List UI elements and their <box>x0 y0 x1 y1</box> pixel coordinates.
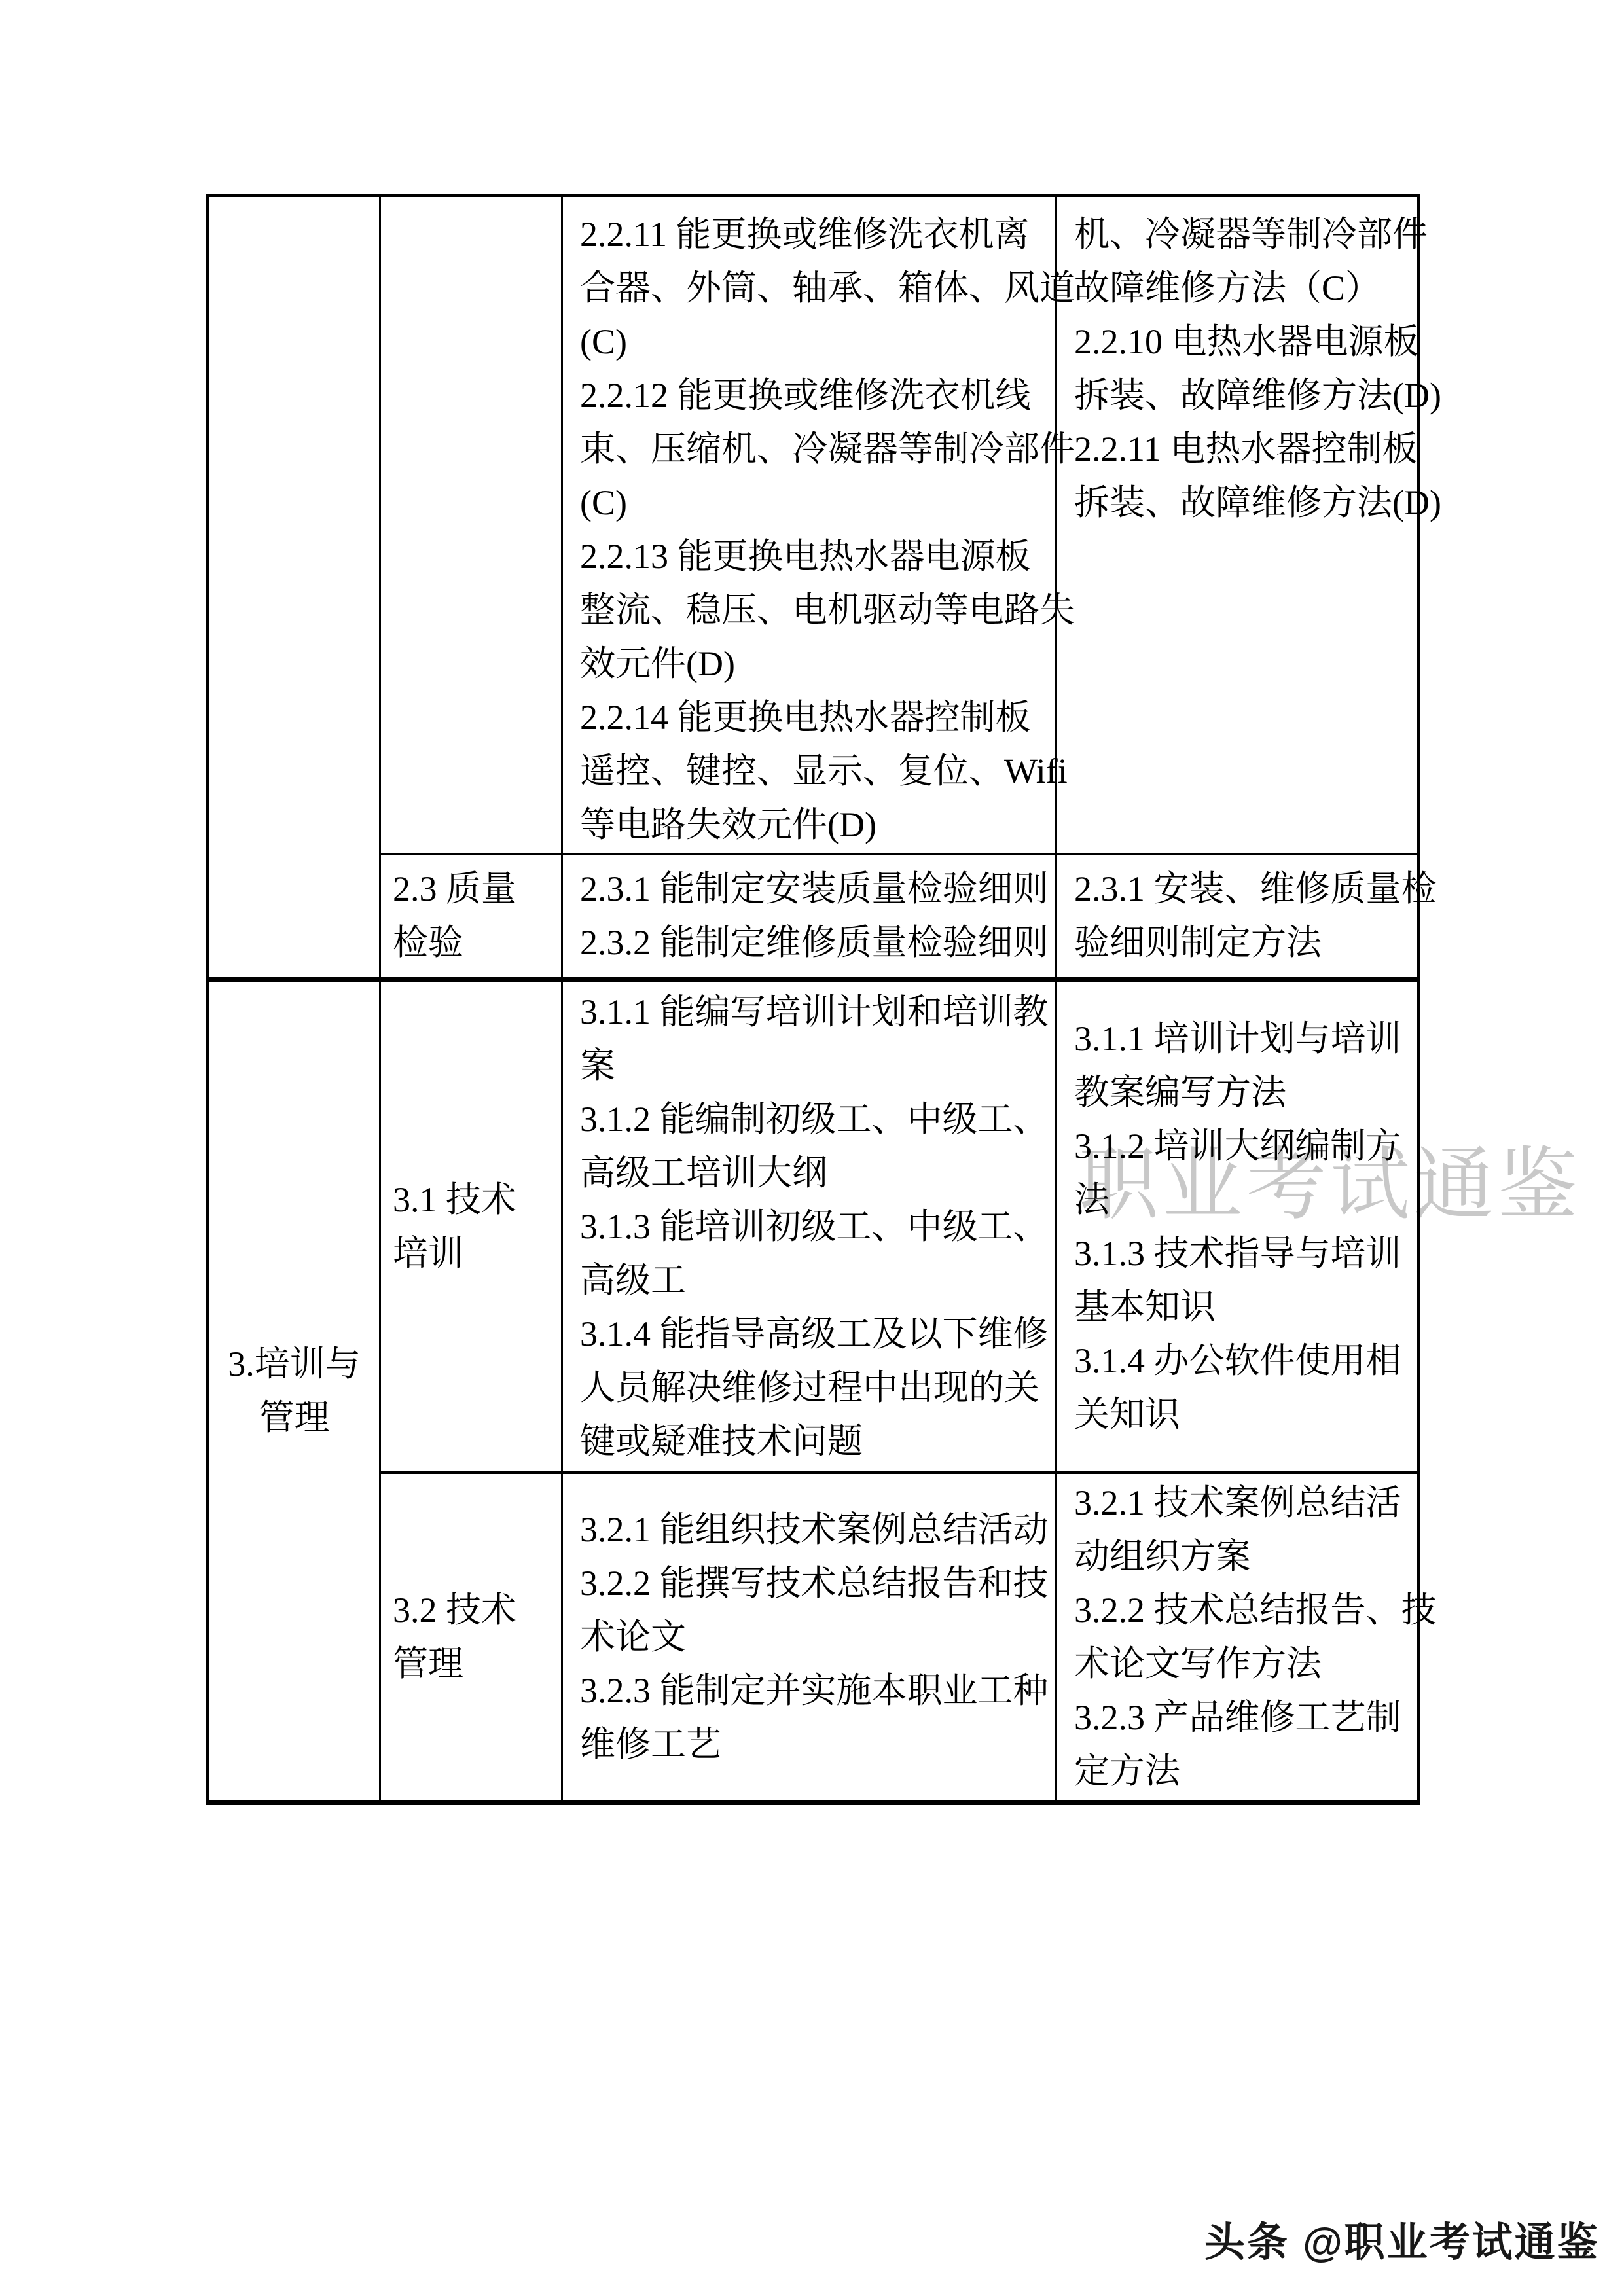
text-line: 2.3 质量 <box>393 862 561 916</box>
text-line: 3.2.3 产品维修工艺制 <box>1074 1691 1417 1744</box>
text-line: 2.2.11 能更换或维修洗衣机离 <box>580 207 1055 261</box>
text-line: 3.1.1 能编写培训计划和培训教 <box>580 985 1055 1039</box>
task-text: 3.2 技术管理 <box>381 1583 561 1691</box>
text-line: 基本知识 <box>1074 1280 1417 1334</box>
text-line: 管理 <box>393 1637 561 1691</box>
skills-text: 3.2.1 能组织技术案例总结活动3.2.2 能撰写技术总结报告和技术论文3.2… <box>563 1503 1055 1771</box>
text-line: 3.1.4 办公软件使用相 <box>1074 1334 1417 1388</box>
knowledge-text: 3.1.1 培训计划与培训教案编写方法3.1.2 培训大纲编制方法3.1.3 技… <box>1057 1012 1417 1441</box>
text-line: 2.3.1 安装、维修质量检 <box>1074 862 1417 916</box>
skills-text: 2.2.11 能更换或维修洗衣机离合器、外筒、轴承、箱体、风道(C)2.2.12… <box>563 197 1055 852</box>
text-line: 案 <box>580 1039 1055 1092</box>
knowledge-text: 3.2.1 技术案例总结活动组织方案3.2.2 技术总结报告、技术论文写作方法3… <box>1057 1476 1417 1798</box>
text-line: 人员解决维修过程中出现的关 <box>580 1361 1055 1414</box>
text-line: 效元件(D) <box>580 637 1055 691</box>
text-line: 拆装、故障维修方法(D) <box>1074 476 1417 529</box>
text-line: 关知识 <box>1074 1388 1417 1441</box>
text-line: 教案编写方法 <box>1074 1066 1417 1119</box>
table-row: 3.培训与管理 3.1 技术培训 3.1.1 能编写培训计划和培训教案3.1.2… <box>208 980 1419 1473</box>
text-line: 3.2.2 技术总结报告、技 <box>1074 1583 1417 1637</box>
text-line: 2.2.10 电热水器电源板 <box>1074 315 1417 368</box>
footer-credit: 头条 @职业考试通鉴 <box>1204 2210 1600 2268</box>
document-page: 职业考试通鉴 2.2.11 能更换或维修洗衣机离合器、外筒、轴承、箱体、风道(C… <box>0 0 1624 2296</box>
text-line: 3.1.4 能指导高级工及以下维修 <box>580 1307 1055 1361</box>
text-line: 2.2.12 能更换或维修洗衣机线 <box>580 368 1055 422</box>
skill-standard-table: 2.2.11 能更换或维修洗衣机离合器、外筒、轴承、箱体、风道(C)2.2.12… <box>206 194 1420 1805</box>
table-row: 2.3 质量检验 2.3.1 能制定安装质量检验细则2.3.2 能制定维修质量检… <box>208 854 1419 980</box>
duty-text: 3.培训与管理 <box>209 1337 379 1444</box>
cell-knowledge: 3.1.1 培训计划与培训教案编写方法3.1.2 培训大纲编制方法3.1.3 技… <box>1056 980 1419 1473</box>
text-line: 法 <box>1074 1173 1417 1227</box>
text-line: 3.1.3 能培训初级工、中级工、 <box>580 1200 1055 1253</box>
task-text: 2.3 质量检验 <box>381 862 561 969</box>
cell-knowledge: 2.3.1 安装、维修质量检验细则制定方法 <box>1056 854 1419 980</box>
text-line: 3.1.3 技术指导与培训 <box>1074 1227 1417 1280</box>
cell-skills: 2.3.1 能制定安装质量检验细则2.3.2 能制定维修质量检验细则 <box>562 854 1056 980</box>
text-line: 3.1 技术 <box>393 1173 561 1227</box>
text-line: 2.2.14 能更换电热水器控制板 <box>580 691 1055 744</box>
text-line: 键或疑难技术问题 <box>580 1414 1055 1468</box>
text-line: (C) <box>580 315 1055 368</box>
cell-duty-empty <box>208 196 380 980</box>
text-line: 3.1.1 培训计划与培训 <box>1074 1012 1417 1066</box>
text-line: 2.2.11 电热水器控制板 <box>1074 422 1417 476</box>
text-line: 管理 <box>209 1391 379 1444</box>
text-line: 整流、稳压、电机驱动等电路失 <box>580 583 1055 637</box>
text-line: 等电路失效元件(D) <box>580 798 1055 852</box>
text-line: 定方法 <box>1074 1744 1417 1798</box>
text-line: 2.3.2 能制定维修质量检验细则 <box>580 916 1055 969</box>
cell-knowledge: 3.2.1 技术案例总结活动组织方案3.2.2 技术总结报告、技术论文写作方法3… <box>1056 1473 1419 1803</box>
table-row: 3.2 技术管理 3.2.1 能组织技术案例总结活动3.2.2 能撰写技术总结报… <box>208 1473 1419 1803</box>
text-line: 机、冷凝器等制冷部件 <box>1074 207 1417 261</box>
text-line: 3.1.2 能编制初级工、中级工、 <box>580 1092 1055 1146</box>
text-line: 术论文写作方法 <box>1074 1637 1417 1691</box>
cell-task: 3.2 技术管理 <box>380 1473 562 1803</box>
cell-skills: 3.1.1 能编写培训计划和培训教案3.1.2 能编制初级工、中级工、高级工培训… <box>562 980 1056 1473</box>
text-line: 2.2.13 能更换电热水器电源板 <box>580 529 1055 583</box>
text-line: 遥控、键控、显示、复位、Wifi <box>580 744 1055 798</box>
text-line: 3.2.1 能组织技术案例总结活动 <box>580 1503 1055 1556</box>
text-line: 2.3.1 能制定安装质量检验细则 <box>580 862 1055 916</box>
cell-duty: 3.培训与管理 <box>208 980 380 1803</box>
text-line: 术论文 <box>580 1610 1055 1664</box>
text-line: 验细则制定方法 <box>1074 916 1417 969</box>
text-line: 培训 <box>393 1227 561 1280</box>
text-line: 高级工培训大纲 <box>580 1146 1055 1200</box>
text-line: 检验 <box>393 916 561 969</box>
text-line: 动组织方案 <box>1074 1530 1417 1583</box>
cell-skills: 3.2.1 能组织技术案例总结活动3.2.2 能撰写技术总结报告和技术论文3.2… <box>562 1473 1056 1803</box>
task-text: 3.1 技术培训 <box>381 1173 561 1280</box>
text-line: 3.2.3 能制定并实施本职业工种 <box>580 1664 1055 1717</box>
table-row: 2.2.11 能更换或维修洗衣机离合器、外筒、轴承、箱体、风道(C)2.2.12… <box>208 196 1419 854</box>
text-line: 3.2.2 能撰写技术总结报告和技 <box>580 1556 1055 1610</box>
text-line: (C) <box>580 476 1055 529</box>
cell-task-empty <box>380 196 562 854</box>
skills-text: 3.1.1 能编写培训计划和培训教案3.1.2 能编制初级工、中级工、高级工培训… <box>563 985 1055 1468</box>
knowledge-text: 2.3.1 安装、维修质量检验细则制定方法 <box>1057 862 1417 969</box>
text-line: 3.1.2 培训大纲编制方 <box>1074 1119 1417 1173</box>
text-line: 3.2.1 技术案例总结活 <box>1074 1476 1417 1530</box>
text-line: 维修工艺 <box>580 1717 1055 1771</box>
text-line: 故障维修方法（C） <box>1074 261 1417 315</box>
cell-task: 2.3 质量检验 <box>380 854 562 980</box>
text-line: 合器、外筒、轴承、箱体、风道 <box>580 261 1055 315</box>
text-line: 3.2 技术 <box>393 1583 561 1637</box>
text-line: 束、压缩机、冷凝器等制冷部件 <box>580 422 1055 476</box>
text-line: 高级工 <box>580 1253 1055 1307</box>
cell-skills: 2.2.11 能更换或维修洗衣机离合器、外筒、轴承、箱体、风道(C)2.2.12… <box>562 196 1056 854</box>
cell-knowledge: 机、冷凝器等制冷部件故障维修方法（C）2.2.10 电热水器电源板拆装、故障维修… <box>1056 196 1419 854</box>
text-line: 拆装、故障维修方法(D) <box>1074 368 1417 422</box>
text-line: 3.培训与 <box>209 1337 379 1391</box>
cell-task: 3.1 技术培训 <box>380 980 562 1473</box>
knowledge-text: 机、冷凝器等制冷部件故障维修方法（C）2.2.10 电热水器电源板拆装、故障维修… <box>1057 197 1417 529</box>
skills-text: 2.3.1 能制定安装质量检验细则2.3.2 能制定维修质量检验细则 <box>563 862 1055 969</box>
